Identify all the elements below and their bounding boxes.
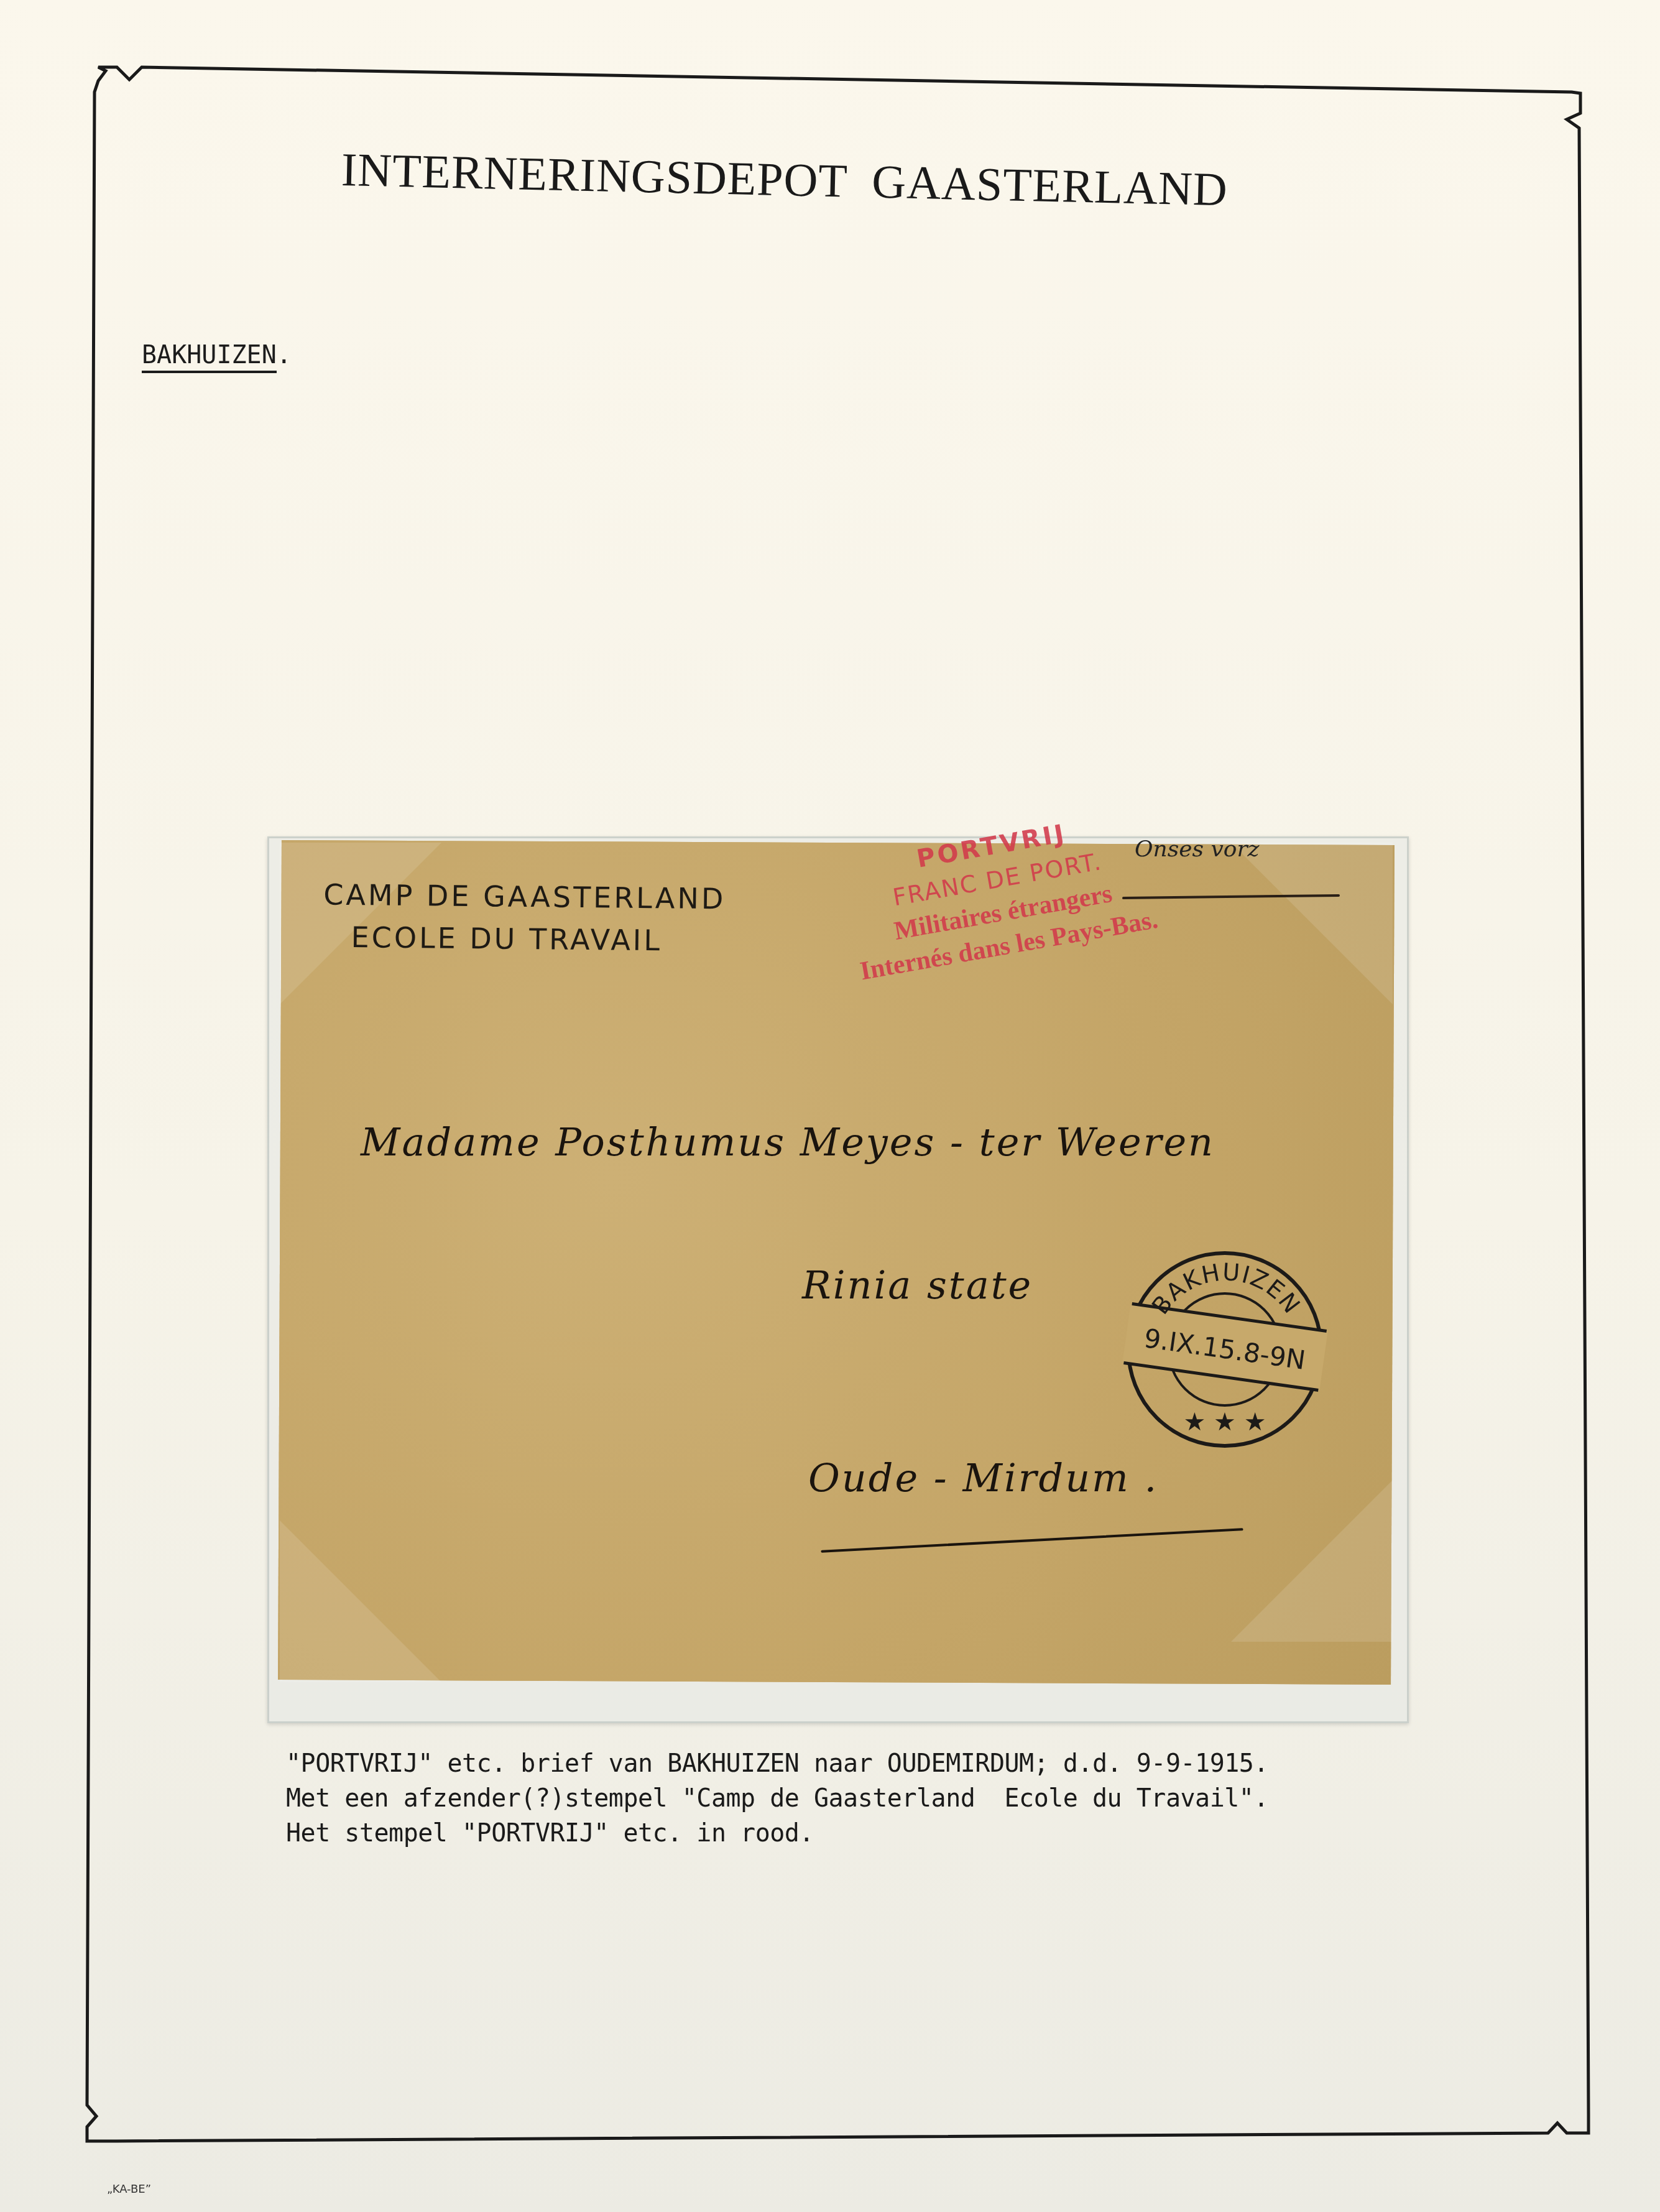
svg-text:BAKHUIZEN: BAKHUIZEN <box>1146 1258 1306 1319</box>
locality-name: BAKHUIZEN <box>142 341 277 373</box>
manuscript-note: Onses vorz <box>1135 836 1260 862</box>
description-caption: "PORTVRIJ" etc. brief van BAKHUIZEN naar… <box>286 1746 1268 1851</box>
publisher-mark: „KA-BE” <box>107 2183 151 2196</box>
postmark-stars-icon: ★ ★ ★ <box>1183 1408 1266 1437</box>
sender-handstamp: CAMP DE GAASTERLAND ECOLE DU TRAVAIL <box>323 874 726 963</box>
address-line-2: Rinia state <box>802 1262 1033 1308</box>
address-line-1: Madame Posthumus Meyes - ter Weeren <box>361 1119 1215 1165</box>
caption-line-1: "PORTVRIJ" etc. brief van BAKHUIZEN naar… <box>286 1746 1268 1781</box>
caption-line-3: Het stempel "PORTVRIJ" etc. in rood. <box>286 1816 1268 1851</box>
sender-line-2: ECOLE DU TRAVAIL <box>323 916 726 963</box>
sender-line-1: CAMP DE GAASTERLAND <box>323 874 726 920</box>
address-line-3: Oude - Mirdum . <box>808 1455 1158 1501</box>
locality-heading: BAKHUIZEN. <box>142 341 292 369</box>
postmark-town: BAKHUIZEN <box>1146 1258 1306 1319</box>
caption-line-2: Met een afzender(?)stempel "Camp de Gaas… <box>286 1781 1268 1816</box>
bakhuizen-postmark: 9.IX.15.8-9N BAKHUIZEN ★ ★ ★ <box>1119 1244 1330 1455</box>
locality-period: . <box>277 341 292 369</box>
